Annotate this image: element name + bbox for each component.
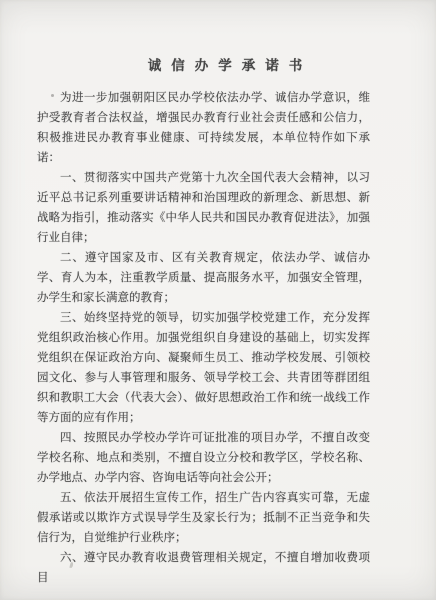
intro-paragraph: 为进一步加强朝阳区民办学校依法办学、诚信办学意识，维护受教育者合法权益，增强民办… <box>37 88 370 168</box>
commitment-item-5: 五、依法开展招生宣传工作，招生广告内容真实可靠，无虚假承诺或以欺诈方式误导学生及… <box>37 488 370 548</box>
commitment-item-1: 一、贯彻落实中国共产党第十九次全国代表大会精神，以习近平总书记系列重要讲话精神和… <box>37 168 370 248</box>
commitment-item-4: 四、按照民办学校办学许可证批准的项目办学，不擅自改变学校名称、地点和类别，不擅自… <box>37 428 370 488</box>
commitment-item-2: 二、遵守国家及市、区有关教育规定，依法办学、诚信办学、育人为本，注重教学质量、提… <box>37 248 370 308</box>
document-title: 诚信办学承诺书 <box>0 58 436 74</box>
document-body: 为进一步加强朝阳区民办学校依法办学、诚信办学意识，维护受教育者合法权益，增强民办… <box>37 88 370 588</box>
commitment-item-6: 六、遵守民办教育收退费管理相关规定，不擅自增加收费项目 <box>37 548 370 588</box>
commitment-item-3: 三、始终坚持党的领导，切实加强学校党建工作，充分发挥党组织政治核心作用。加强党组… <box>37 308 370 428</box>
scanned-document-page: 诚信办学承诺书 为进一步加强朝阳区民办学校依法办学、诚信办学意识，维护受教育者合… <box>0 0 436 600</box>
